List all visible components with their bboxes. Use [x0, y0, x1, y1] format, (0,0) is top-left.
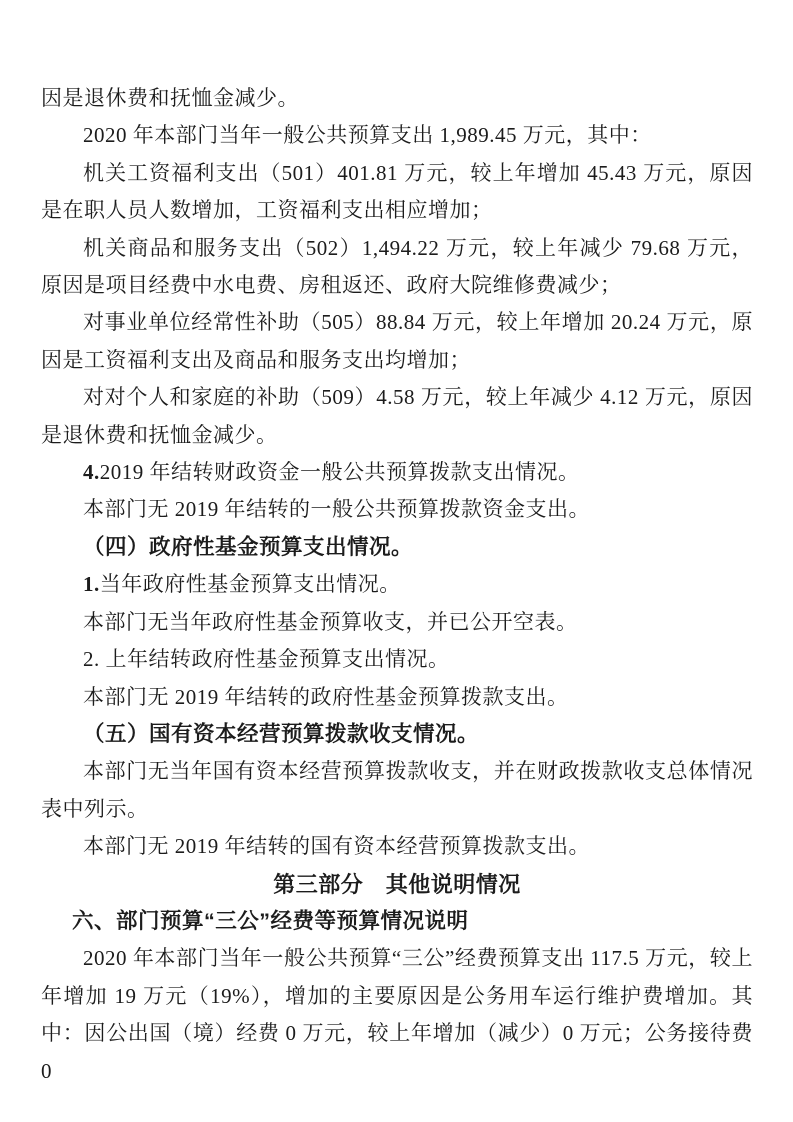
section-heading-5-state-capital: （五）国有资本经营预算拨款收支情况。 [41, 716, 753, 753]
paragraph-three-public-budget-details: 2020 年本部门当年一般公共预算“三公”经费预算支出 117.5 万元，较上年… [41, 940, 753, 1090]
paragraph-wage-welfare-501: 机关工资福利支出（501）401.81 万元，较上年增加 45.43 万元，原因… [41, 155, 753, 230]
paragraph-institution-subsidy-505: 对事业单位经常性补助（505）88.84 万元，较上年增加 20.24 万元，原… [41, 304, 753, 379]
paragraph-continuation-pension-decrease: 因是退休费和抚恤金减少。 [41, 80, 753, 117]
document-page: 因是退休费和抚恤金减少。 2020 年本部门当年一般公共预算支出 1,989.4… [0, 0, 793, 1122]
paragraph-goods-services-502: 机关商品和服务支出（502）1,494.22 万元，较上年减少 79.68 万元… [41, 230, 753, 305]
part3-title-other-explanations: 第三部分 其他说明情况 [41, 866, 753, 903]
paragraph-no-2019-state-capital-carryover: 本部门无 2019 年结转的国有资本经营预算拨款支出。 [41, 828, 753, 865]
paragraph-no-2019-fund-carryover: 本部门无 2019 年结转的政府性基金预算拨款支出。 [41, 679, 753, 716]
item1-text: 当年政府性基金预算支出情况。 [100, 572, 401, 596]
paragraph-no-state-capital-budget: 本部门无当年国有资本经营预算拨款收支，并在财政拨款收支总体情况表中列示。 [41, 753, 753, 828]
paragraph-item2-prior-year-fund: 2. 上年结转政府性基金预算支出情况。 [41, 641, 753, 678]
paragraph-individual-family-subsidy-509: 对对个人和家庭的补助（509）4.58 万元，较上年减少 4.12 万元，原因是… [41, 379, 753, 454]
section-heading-4-government-fund: （四）政府性基金预算支出情况。 [41, 529, 753, 566]
paragraph-item4-2019-carryover: 4.2019 年结转财政资金一般公共预算拨款支出情况。 [41, 454, 753, 491]
paragraph-no-current-fund-budget: 本部门无当年政府性基金预算收支，并已公开空表。 [41, 604, 753, 641]
item1-number: 1. [83, 572, 100, 596]
item4-number: 4. [83, 460, 100, 484]
paragraph-2020-general-budget-total: 2020 年本部门当年一般公共预算支出 1,989.45 万元，其中： [41, 117, 753, 154]
paragraph-item1-current-fund: 1.当年政府性基金预算支出情况。 [41, 566, 753, 603]
item4-text: 2019 年结转财政资金一般公共预算拨款支出情况。 [100, 460, 580, 484]
paragraph-no-2019-carryover-general: 本部门无 2019 年结转的一般公共预算拨款资金支出。 [41, 491, 753, 528]
section-heading-6-three-public-expenses: 六、部门预算“三公”经费等预算情况说明 [41, 903, 753, 940]
document-body: 因是退休费和抚恤金减少。 2020 年本部门当年一般公共预算支出 1,989.4… [41, 80, 753, 1090]
